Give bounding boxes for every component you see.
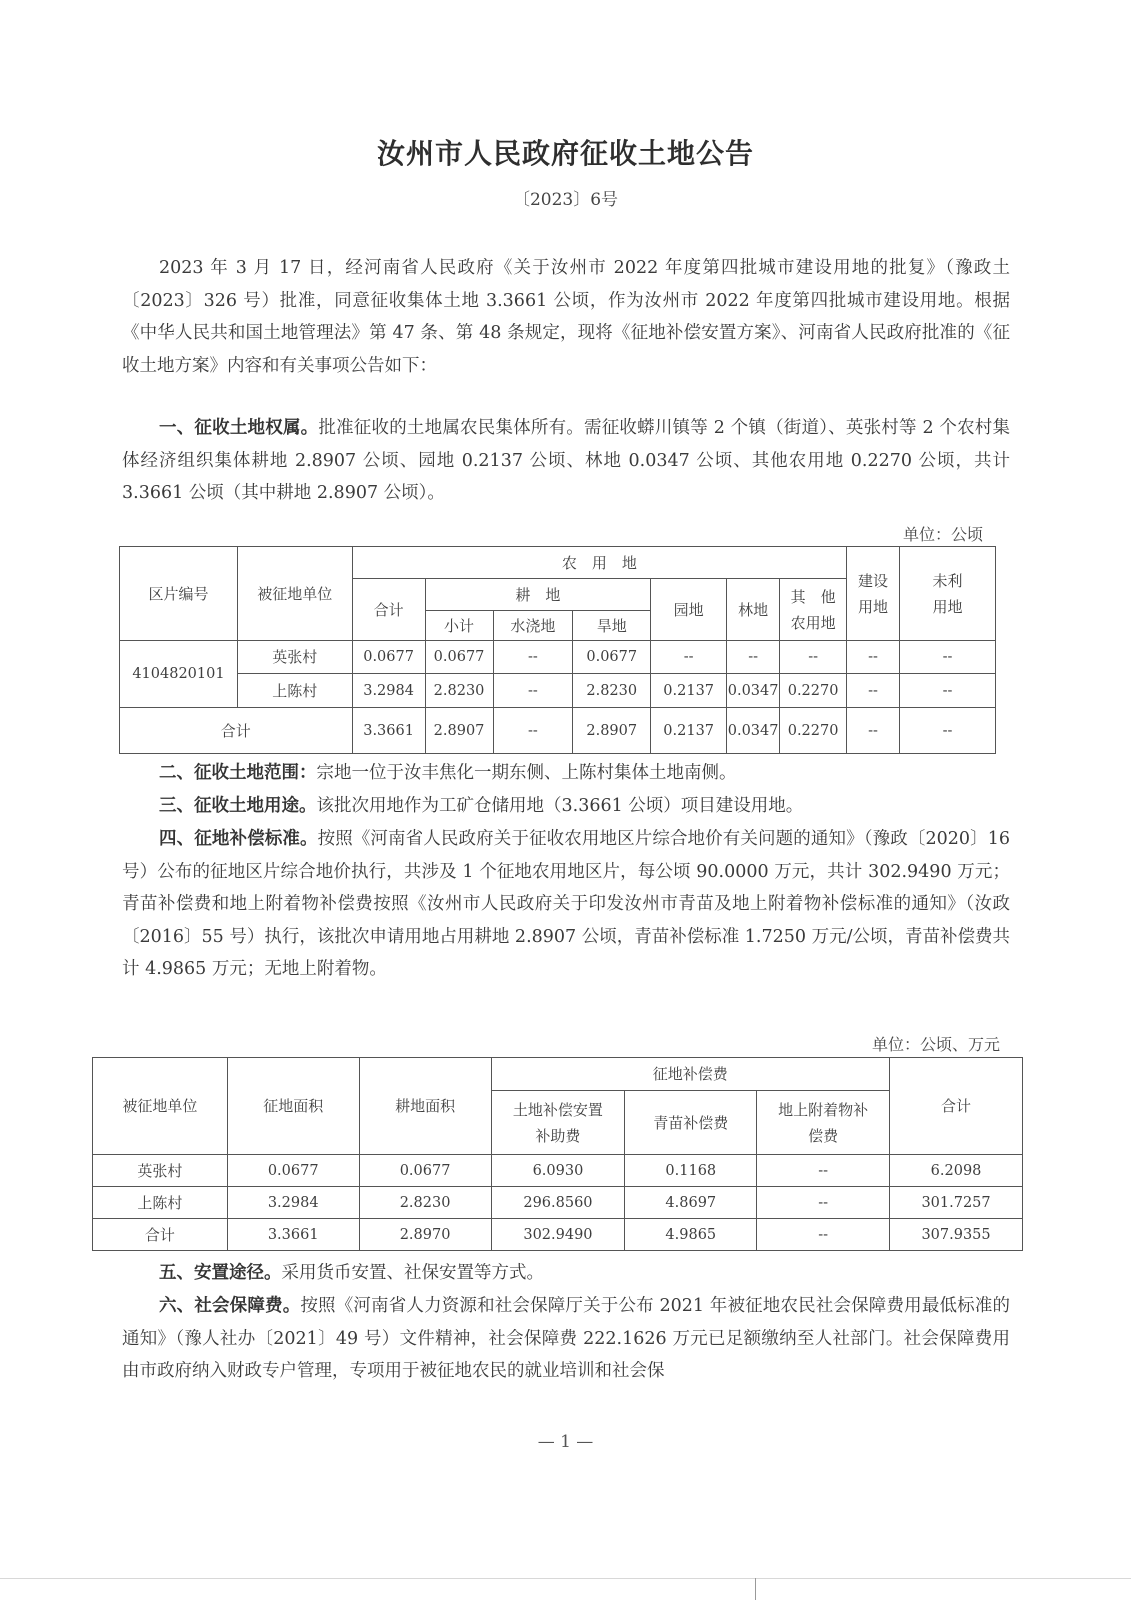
cell-forest: 0.0347 bbox=[727, 708, 780, 754]
cell-subtotal: 0.0677 bbox=[425, 641, 493, 674]
cell-dry: 2.8230 bbox=[573, 674, 651, 708]
table1-unit-label: 单位：公顷 bbox=[903, 522, 983, 545]
cell-total: 3.2984 bbox=[352, 674, 425, 708]
cell-attach: -- bbox=[757, 1219, 890, 1251]
page-number: — 1 — bbox=[0, 1432, 1131, 1452]
header-cultivated-area: 耕地面积 bbox=[359, 1058, 491, 1155]
intro-paragraph: 2023 年 3 月 17 日，经河南省人民政府《关于汝州市 2022 年度第四… bbox=[122, 252, 1010, 382]
cell-cultivated: 2.8230 bbox=[359, 1187, 491, 1219]
section-5-body: 采用货币安置、社保安置等方式。 bbox=[282, 1263, 545, 1283]
cell-total: 307.9355 bbox=[890, 1219, 1023, 1251]
cell-irrigated: -- bbox=[493, 641, 573, 674]
section-4-body: 按照《河南省人民政府关于征收农用地区片综合地价有关问题的通知》（豫政〔2020〕… bbox=[122, 829, 1010, 979]
table-row: 上陈村 3.2984 2.8230 -- 2.8230 0.2137 0.034… bbox=[120, 674, 996, 708]
document-number: 〔2023〕6号 bbox=[0, 185, 1131, 210]
table2-unit-label: 单位：公顷、万元 bbox=[872, 1032, 1000, 1055]
header-zone-code: 区片编号 bbox=[120, 547, 238, 641]
cell-irrigated: -- bbox=[493, 674, 573, 708]
cell-unit: 英张村 bbox=[237, 641, 352, 674]
cell-unused: -- bbox=[900, 641, 996, 674]
header-subtotal: 小计 bbox=[425, 611, 493, 641]
cell-cultivated: 2.8970 bbox=[359, 1219, 491, 1251]
cell-attach: -- bbox=[757, 1187, 890, 1219]
cell-attach: -- bbox=[757, 1155, 890, 1187]
section-3: 三、征收土地用途。该批次用地作为工矿仓储用地（3.3661 公顷）项目建设用地。 bbox=[122, 790, 1010, 823]
section-4-heading: 四、征地补偿标准。 bbox=[159, 829, 318, 849]
section-4: 四、征地补偿标准。按照《河南省人民政府关于征收农用地区片综合地价有关问题的通知》… bbox=[122, 823, 1010, 986]
cell-unused: -- bbox=[900, 708, 996, 754]
section-2: 二、征收土地范围：宗地一位于汝丰焦化一期东侧、上陈村集体土地南侧。 bbox=[122, 757, 1010, 790]
header-other-agri: 其 他 农用地 bbox=[780, 579, 847, 641]
cell-forest: 0.0347 bbox=[727, 674, 780, 708]
section-6-heading: 六、社会保障费。 bbox=[159, 1296, 300, 1316]
cell-land: 6.0930 bbox=[491, 1155, 625, 1187]
scan-artifact-line bbox=[755, 1578, 756, 1600]
section-5-heading: 五、安置途径。 bbox=[159, 1263, 282, 1283]
cell-other: 0.2270 bbox=[780, 708, 847, 754]
header-land-compensation: 土地补偿安置 补助费 bbox=[491, 1091, 625, 1155]
header-unit-name: 被征地单位 bbox=[237, 547, 352, 641]
cell-garden: -- bbox=[651, 641, 727, 674]
cell-crop: 0.1168 bbox=[625, 1155, 757, 1187]
header-cultivated: 耕 地 bbox=[425, 579, 651, 611]
cell-unit: 合计 bbox=[93, 1219, 228, 1251]
cell-subtotal: 2.8230 bbox=[425, 674, 493, 708]
cell-forest: -- bbox=[727, 641, 780, 674]
cell-other: -- bbox=[780, 641, 847, 674]
cell-dry: 2.8907 bbox=[573, 708, 651, 754]
zone-code: 4104820101 bbox=[120, 641, 238, 708]
cell-total: 6.2098 bbox=[890, 1155, 1023, 1187]
compensation-table: 被征地单位 征地面积 耕地面积 征地补偿费 合计 土地补偿安置 补助费 青苗补偿… bbox=[92, 1057, 1023, 1251]
cell-land: 302.9490 bbox=[491, 1219, 625, 1251]
cell-garden: 0.2137 bbox=[651, 708, 727, 754]
cell-total: 301.7257 bbox=[890, 1187, 1023, 1219]
section-6: 六、社会保障费。按照《河南省人力资源和社会保障厅关于公布 2021 年被征地农民… bbox=[122, 1290, 1010, 1388]
land-ownership-table: 区片编号 被征地单位 农 用 地 建设 用地 未利 用地 合计 耕 地 园地 林… bbox=[119, 546, 996, 754]
cell-unused: -- bbox=[900, 674, 996, 708]
cell-area: 3.2984 bbox=[227, 1187, 359, 1219]
header-total: 合计 bbox=[890, 1058, 1023, 1155]
cell-subtotal: 2.8907 bbox=[425, 708, 493, 754]
table-row: 上陈村 3.2984 2.8230 296.8560 4.8697 -- 301… bbox=[93, 1187, 1023, 1219]
cell-unit: 上陈村 bbox=[93, 1187, 228, 1219]
cell-land: 296.8560 bbox=[491, 1187, 625, 1219]
cell-irrigated: -- bbox=[493, 708, 573, 754]
cell-total: 3.3661 bbox=[352, 708, 425, 754]
header-unused-land: 未利 用地 bbox=[900, 547, 996, 641]
header-crop-compensation: 青苗补偿费 bbox=[625, 1091, 757, 1155]
header-total: 合计 bbox=[352, 579, 425, 641]
page-bottom-edge bbox=[0, 1578, 1131, 1579]
cell-garden: 0.2137 bbox=[651, 674, 727, 708]
cell-area: 0.0677 bbox=[227, 1155, 359, 1187]
header-agricultural-land: 农 用 地 bbox=[352, 547, 846, 579]
section-2-body: 宗地一位于汝丰焦化一期东侧、上陈村集体土地南侧。 bbox=[317, 763, 737, 783]
cell-crop: 4.8697 bbox=[625, 1187, 757, 1219]
header-garden: 园地 bbox=[651, 579, 727, 641]
section-2-heading: 二、征收土地范围： bbox=[159, 763, 317, 783]
cell-construction: -- bbox=[847, 641, 900, 674]
cell-construction: -- bbox=[847, 674, 900, 708]
cell-area: 3.3661 bbox=[227, 1219, 359, 1251]
table-sum-row: 合计 3.3661 2.8907 -- 2.8907 0.2137 0.0347… bbox=[120, 708, 996, 754]
header-unit-name: 被征地单位 bbox=[93, 1058, 228, 1155]
section-3-heading: 三、征收土地用途。 bbox=[159, 796, 317, 816]
table-sum-row: 合计 3.3661 2.8970 302.9490 4.9865 -- 307.… bbox=[93, 1219, 1023, 1251]
cell-cultivated: 0.0677 bbox=[359, 1155, 491, 1187]
cell-crop: 4.9865 bbox=[625, 1219, 757, 1251]
table-row: 英张村 0.0677 0.0677 6.0930 0.1168 -- 6.209… bbox=[93, 1155, 1023, 1187]
header-compensation: 征地补偿费 bbox=[491, 1058, 890, 1091]
header-forest: 林地 bbox=[727, 579, 780, 641]
cell-unit: 英张村 bbox=[93, 1155, 228, 1187]
header-irrigated: 水浇地 bbox=[493, 611, 573, 641]
document-title: 汝州市人民政府征收土地公告 bbox=[0, 132, 1131, 172]
section-1-heading: 一、征收土地权属。 bbox=[159, 418, 318, 438]
cell-total: 0.0677 bbox=[352, 641, 425, 674]
cell-construction: -- bbox=[847, 708, 900, 754]
cell-unit: 上陈村 bbox=[237, 674, 352, 708]
header-attachment-compensation: 地上附着物补 偿费 bbox=[757, 1091, 890, 1155]
cell-other: 0.2270 bbox=[780, 674, 847, 708]
cell-sum-label: 合计 bbox=[120, 708, 353, 754]
header-area: 征地面积 bbox=[227, 1058, 359, 1155]
header-construction-land: 建设 用地 bbox=[847, 547, 900, 641]
section-5: 五、安置途径。采用货币安置、社保安置等方式。 bbox=[122, 1257, 1010, 1290]
cell-dry: 0.0677 bbox=[573, 641, 651, 674]
header-dry: 旱地 bbox=[573, 611, 651, 641]
table-row: 4104820101 英张村 0.0677 0.0677 -- 0.0677 -… bbox=[120, 641, 996, 674]
section-3-body: 该批次用地作为工矿仓储用地（3.3661 公顷）项目建设用地。 bbox=[317, 796, 804, 816]
section-1: 一、征收土地权属。批准征收的土地属农民集体所有。需征收蟒川镇等 2 个镇（街道）… bbox=[122, 412, 1010, 510]
